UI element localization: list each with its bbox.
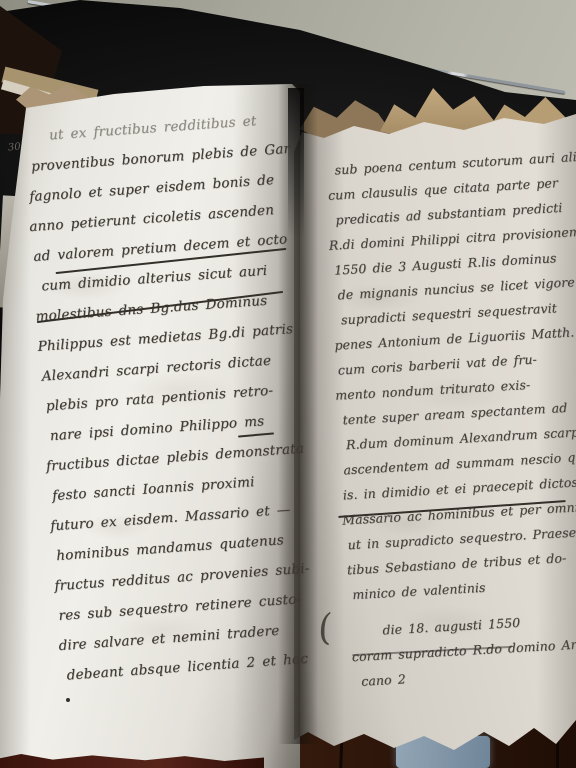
left-page-text: ut ex fructibus redditibus et proventibu… bbox=[22, 105, 313, 691]
right-page-text: sub poena centum scutorum auri alias cum… bbox=[322, 145, 576, 694]
manuscript-photo: 30 ut ex fructibus redditibus et provent… bbox=[0, 0, 576, 768]
ink-dot bbox=[66, 698, 70, 702]
folio-number: 30 bbox=[7, 141, 21, 153]
page-gutter-shadow bbox=[288, 88, 304, 238]
